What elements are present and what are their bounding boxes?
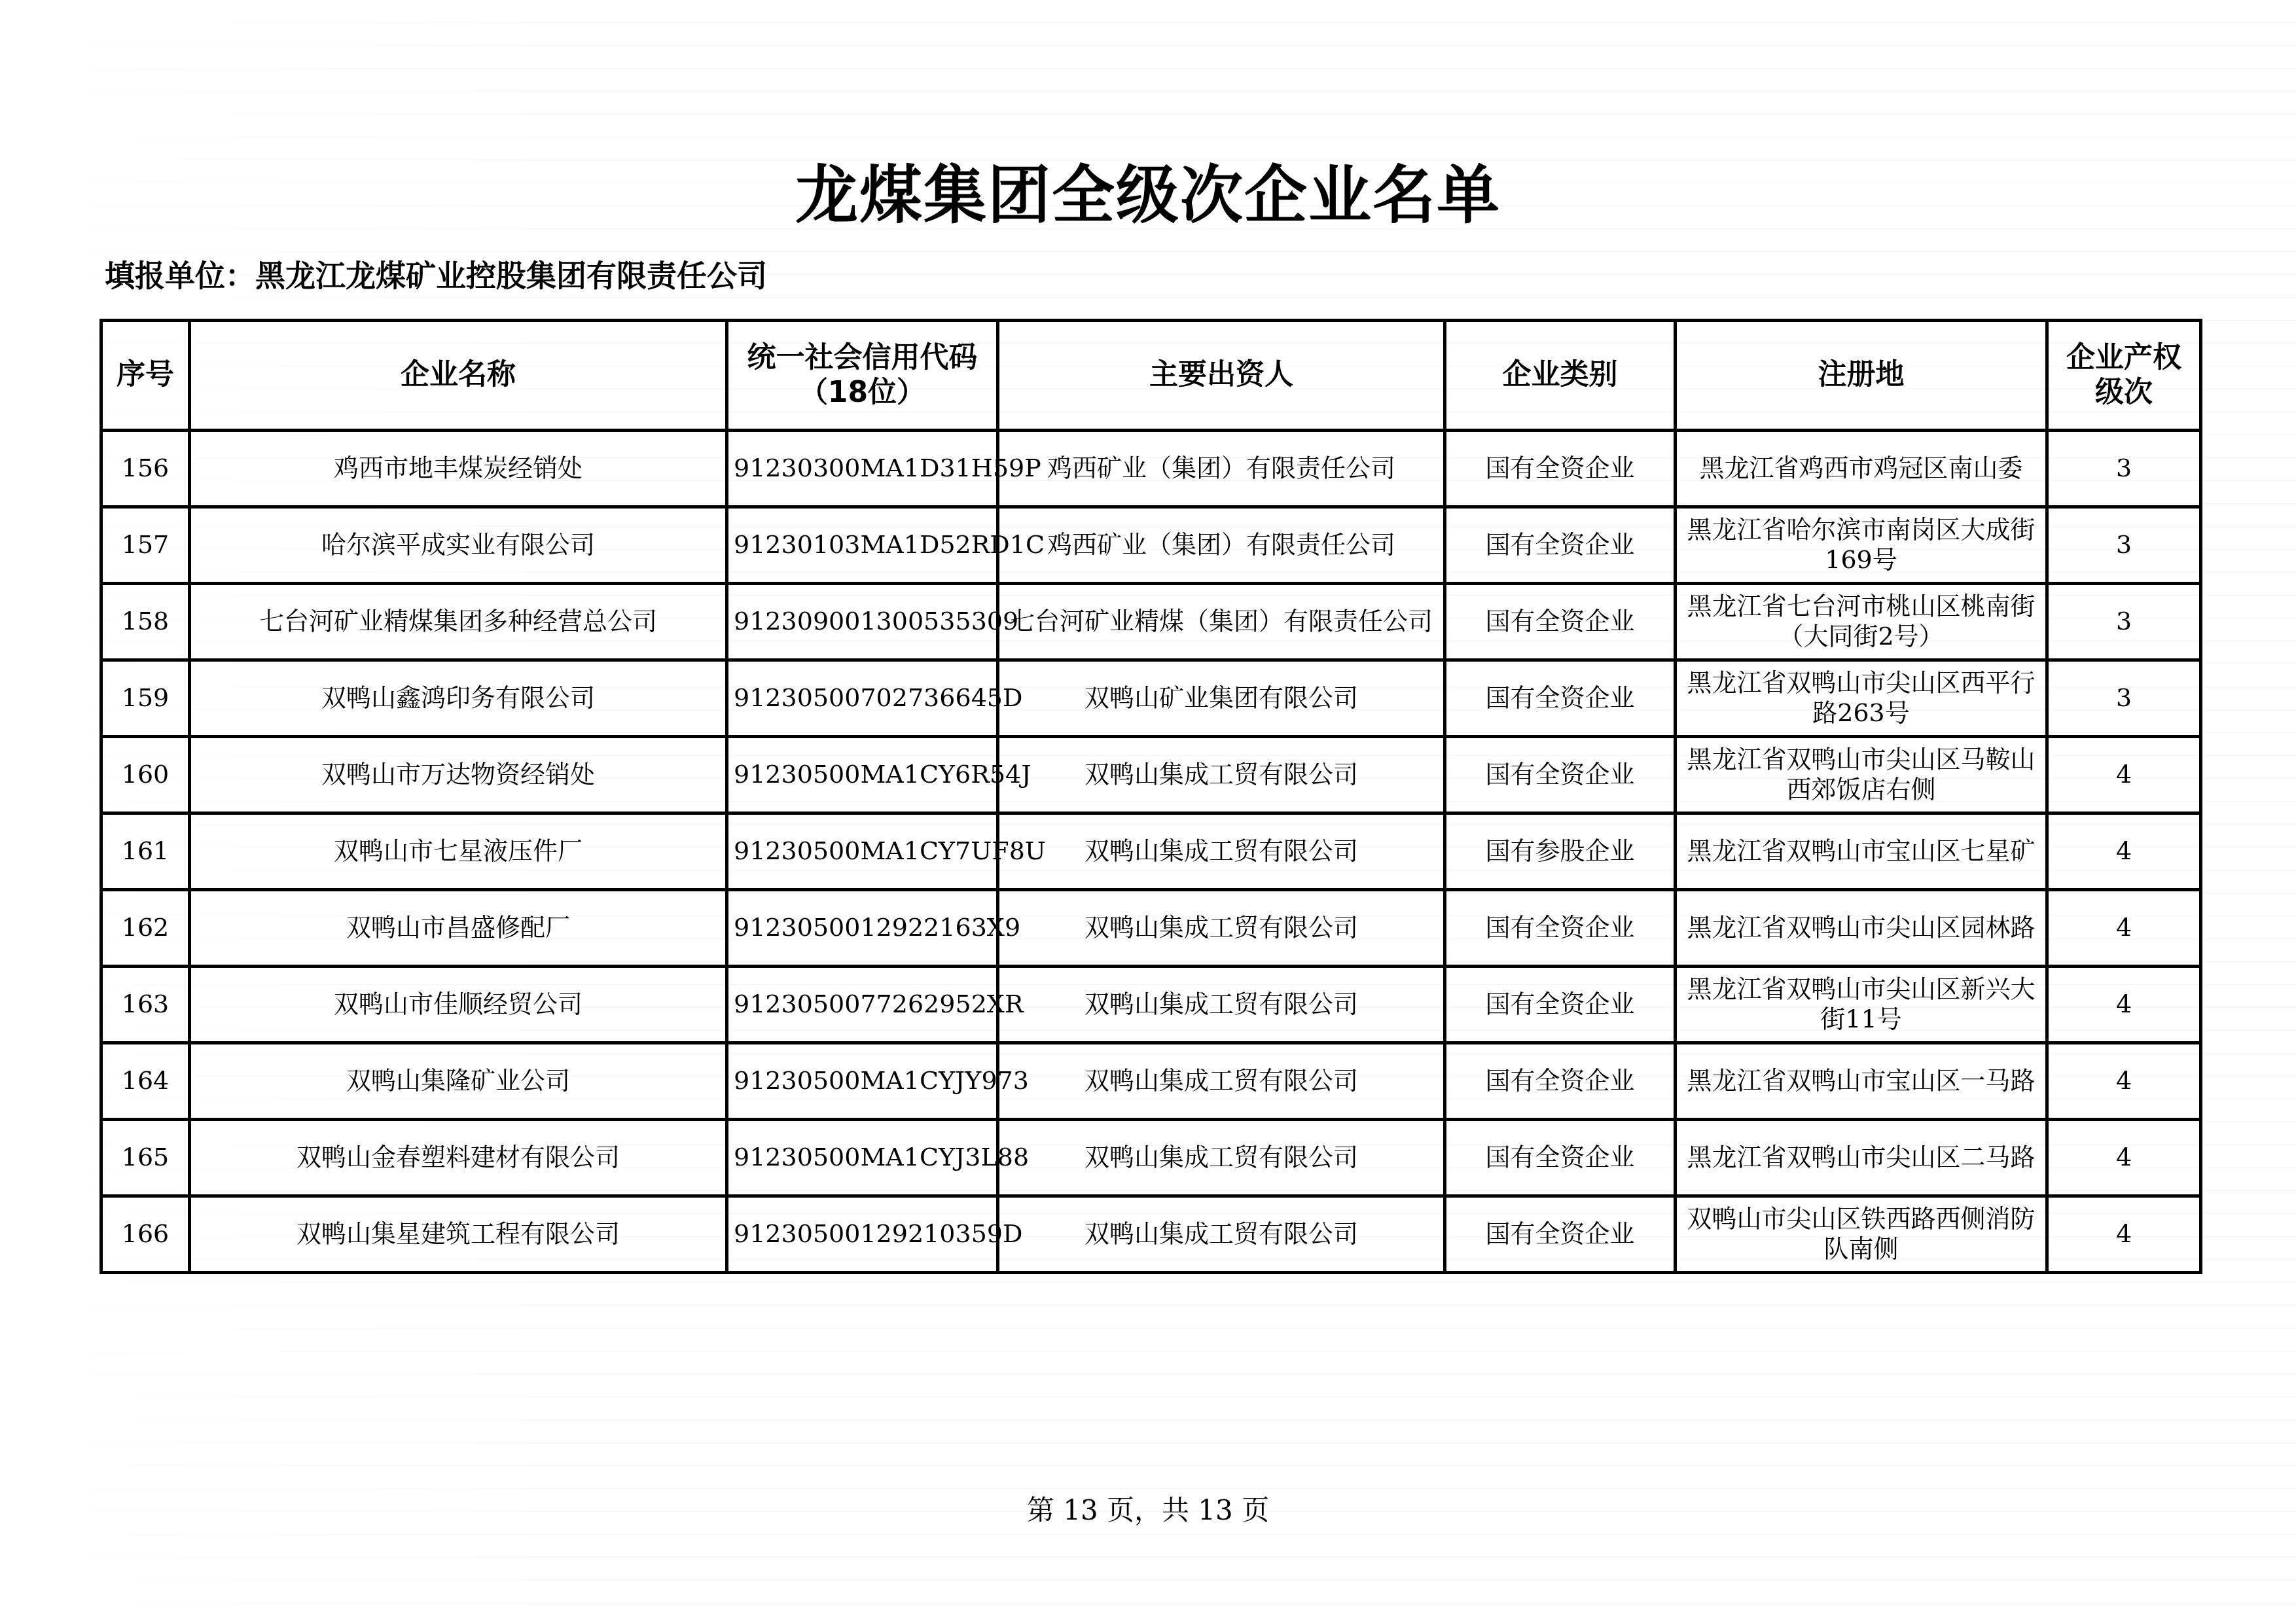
cell-code: 91230500702736645D — [727, 660, 998, 737]
page-title: 龙煤集团全级次企业名单 — [0, 145, 2296, 235]
cell-index: 159 — [101, 660, 190, 737]
cell-category: 国有全资企业 — [1445, 1120, 1676, 1196]
cell-investor: 鸡西矿业（集团）有限责任公司 — [998, 431, 1445, 507]
cell-address: 黑龙江省双鸭山市尖山区新兴大街11号 — [1676, 967, 2047, 1043]
cell-category: 国有全资企业 — [1445, 584, 1676, 660]
cell-name: 双鸭山市昌盛修配厂 — [190, 890, 727, 967]
cell-code: 912309001300535309 — [727, 584, 998, 660]
cell-name: 双鸭山集星建筑工程有限公司 — [190, 1196, 727, 1273]
cell-name: 双鸭山金春塑料建材有限公司 — [190, 1120, 727, 1196]
table-row: 156鸡西市地丰煤炭经销处91230300MA1D31H59P鸡西矿业（集团）有… — [101, 431, 2201, 507]
cell-investor: 双鸭山矿业集团有限公司 — [998, 660, 1445, 737]
cell-name: 哈尔滨平成实业有限公司 — [190, 507, 727, 584]
header-index: 序号 — [101, 321, 190, 431]
cell-address: 黑龙江省七台河市桃山区桃南街（大同街2号） — [1676, 584, 2047, 660]
cell-index: 165 — [101, 1120, 190, 1196]
cell-name: 七台河矿业精煤集团多种经营总公司 — [190, 584, 727, 660]
cell-level: 4 — [2047, 813, 2201, 890]
cell-level: 3 — [2047, 431, 2201, 507]
cell-code: 91230103MA1D52RD1C — [727, 507, 998, 584]
cell-investor: 双鸭山集成工贸有限公司 — [998, 1196, 1445, 1273]
header-category: 企业类别 — [1445, 321, 1676, 431]
cell-category: 国有参股企业 — [1445, 813, 1676, 890]
table-row: 159双鸭山鑫鸿印务有限公司91230500702736645D双鸭山矿业集团有… — [101, 660, 2201, 737]
cell-index: 160 — [101, 737, 190, 813]
cell-code: 91230500MA1CYJ3L88 — [727, 1120, 998, 1196]
cell-index: 161 — [101, 813, 190, 890]
cell-code: 9123050012922163X9 — [727, 890, 998, 967]
cell-level: 3 — [2047, 584, 2201, 660]
table-row: 162双鸭山市昌盛修配厂9123050012922163X9双鸭山集成工贸有限公… — [101, 890, 2201, 967]
table-row: 163双鸭山市佳顺经贸公司9123050077262952XR双鸭山集成工贸有限… — [101, 967, 2201, 1043]
table-row: 158七台河矿业精煤集团多种经营总公司912309001300535309七台河… — [101, 584, 2201, 660]
header-name: 企业名称 — [190, 321, 727, 431]
cell-name: 双鸭山鑫鸿印务有限公司 — [190, 660, 727, 737]
cell-index: 157 — [101, 507, 190, 584]
cell-address: 黑龙江省双鸭山市尖山区西平行路263号 — [1676, 660, 2047, 737]
cell-investor: 双鸭山集成工贸有限公司 — [998, 1120, 1445, 1196]
table-row: 160双鸭山市万达物资经销处91230500MA1CY6R54J双鸭山集成工贸有… — [101, 737, 2201, 813]
cell-level: 4 — [2047, 890, 2201, 967]
cell-category: 国有全资企业 — [1445, 737, 1676, 813]
cell-investor: 双鸭山集成工贸有限公司 — [998, 890, 1445, 967]
cell-address: 黑龙江省双鸭山市尖山区园林路 — [1676, 890, 2047, 967]
cell-level: 4 — [2047, 737, 2201, 813]
cell-name: 双鸭山市佳顺经贸公司 — [190, 967, 727, 1043]
cell-level: 4 — [2047, 1043, 2201, 1120]
cell-address: 黑龙江省双鸭山市尖山区二马路 — [1676, 1120, 2047, 1196]
cell-address: 黑龙江省双鸭山市宝山区七星矿 — [1676, 813, 2047, 890]
cell-index: 163 — [101, 967, 190, 1043]
cell-investor: 双鸭山集成工贸有限公司 — [998, 1043, 1445, 1120]
cell-code: 91230500MA1CYJY973 — [727, 1043, 998, 1120]
cell-address: 黑龙江省哈尔滨市南岗区大成街169号 — [1676, 507, 2047, 584]
cell-category: 国有全资企业 — [1445, 1196, 1676, 1273]
cell-address: 黑龙江省双鸭山市宝山区一马路 — [1676, 1043, 2047, 1120]
cell-investor: 双鸭山集成工贸有限公司 — [998, 813, 1445, 890]
header-level: 企业产权级次 — [2047, 321, 2201, 431]
cell-level: 3 — [2047, 660, 2201, 737]
reporting-unit: 填报单位：黑龙江龙煤矿业控股集团有限责任公司 — [105, 252, 767, 295]
cell-index: 166 — [101, 1196, 190, 1273]
cell-code: 91230300MA1D31H59P — [727, 431, 998, 507]
cell-code: 9123050077262952XR — [727, 967, 998, 1043]
cell-level: 4 — [2047, 1196, 2201, 1273]
table-row: 164双鸭山集隆矿业公司91230500MA1CYJY973双鸭山集成工贸有限公… — [101, 1043, 2201, 1120]
cell-code: 91230500MA1CY7UF8U — [727, 813, 998, 890]
cell-investor: 双鸭山集成工贸有限公司 — [998, 967, 1445, 1043]
cell-level: 4 — [2047, 967, 2201, 1043]
table-row: 161双鸭山市七星液压件厂91230500MA1CY7UF8U双鸭山集成工贸有限… — [101, 813, 2201, 890]
table-row: 157哈尔滨平成实业有限公司91230103MA1D52RD1C鸡西矿业（集团）… — [101, 507, 2201, 584]
cell-index: 164 — [101, 1043, 190, 1120]
cell-name: 双鸭山市七星液压件厂 — [190, 813, 727, 890]
header-address: 注册地 — [1676, 321, 2047, 431]
cell-category: 国有全资企业 — [1445, 431, 1676, 507]
header-row: 序号 企业名称 统一社会信用代码（18位） 主要出资人 企业类别 注册地 企业产… — [101, 321, 2201, 431]
cell-address: 双鸭山市尖山区铁西路西侧消防队南侧 — [1676, 1196, 2047, 1273]
cell-investor: 鸡西矿业（集团）有限责任公司 — [998, 507, 1445, 584]
page-number: 第 13 页，共 13 页 — [0, 1489, 2296, 1528]
cell-investor: 双鸭山集成工贸有限公司 — [998, 737, 1445, 813]
cell-name: 双鸭山集隆矿业公司 — [190, 1043, 727, 1120]
cell-index: 162 — [101, 890, 190, 967]
cell-category: 国有全资企业 — [1445, 507, 1676, 584]
cell-address: 黑龙江省鸡西市鸡冠区南山委 — [1676, 431, 2047, 507]
cell-level: 3 — [2047, 507, 2201, 584]
cell-level: 4 — [2047, 1120, 2201, 1196]
cell-investor: 七台河矿业精煤（集团）有限责任公司 — [998, 584, 1445, 660]
cell-address: 黑龙江省双鸭山市尖山区马鞍山西郊饭店右侧 — [1676, 737, 2047, 813]
cell-category: 国有全资企业 — [1445, 890, 1676, 967]
cell-category: 国有全资企业 — [1445, 1043, 1676, 1120]
cell-code: 91230500129210359D — [727, 1196, 998, 1273]
cell-name: 鸡西市地丰煤炭经销处 — [190, 431, 727, 507]
table-row: 166双鸭山集星建筑工程有限公司91230500129210359D双鸭山集成工… — [101, 1196, 2201, 1273]
header-code: 统一社会信用代码（18位） — [727, 321, 998, 431]
enterprise-table: 序号 企业名称 统一社会信用代码（18位） 主要出资人 企业类别 注册地 企业产… — [99, 319, 2202, 1274]
table-row: 165双鸭山金春塑料建材有限公司91230500MA1CYJ3L88双鸭山集成工… — [101, 1120, 2201, 1196]
cell-category: 国有全资企业 — [1445, 660, 1676, 737]
header-investor: 主要出资人 — [998, 321, 1445, 431]
cell-index: 156 — [101, 431, 190, 507]
cell-name: 双鸭山市万达物资经销处 — [190, 737, 727, 813]
cell-code: 91230500MA1CY6R54J — [727, 737, 998, 813]
cell-category: 国有全资企业 — [1445, 967, 1676, 1043]
cell-index: 158 — [101, 584, 190, 660]
